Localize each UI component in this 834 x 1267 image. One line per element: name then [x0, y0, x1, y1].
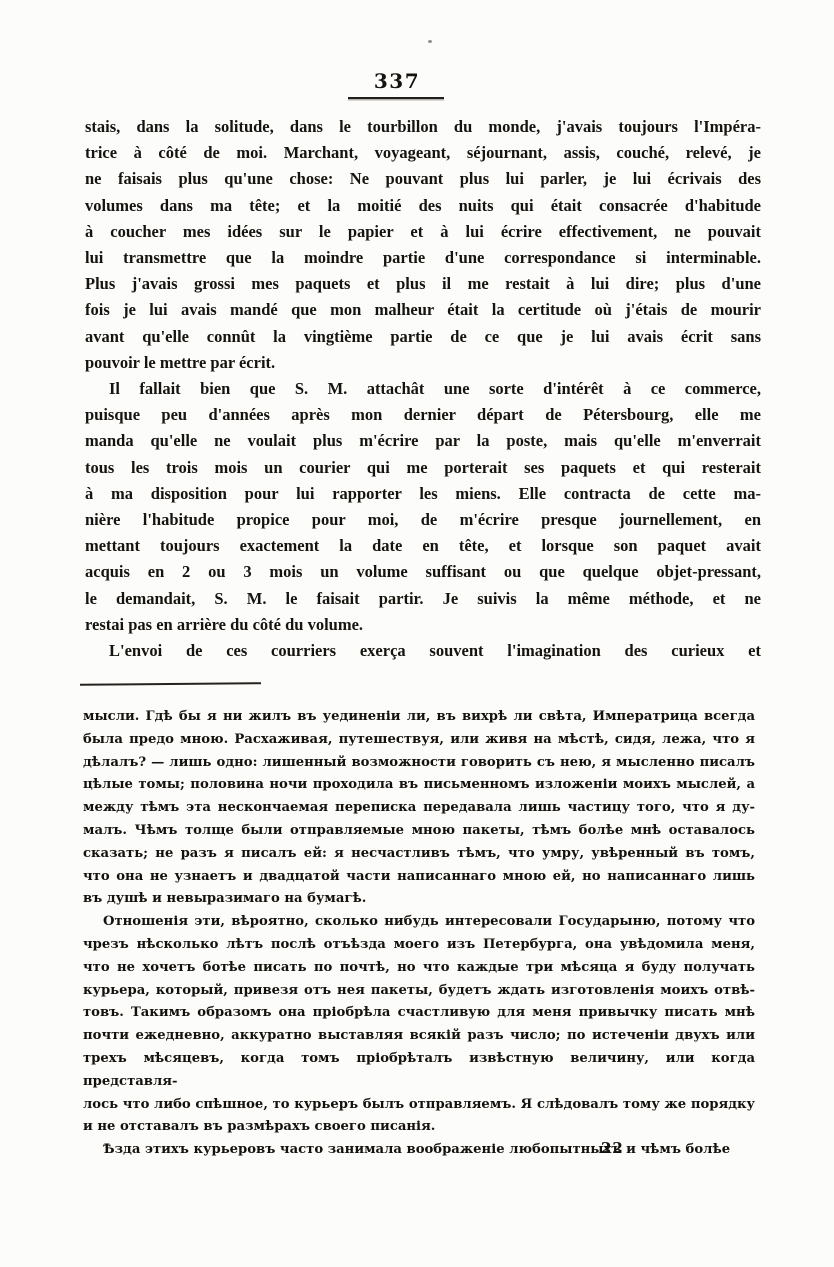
text-line: малъ. Чѣмъ толще были отправляемые мною … — [83, 820, 755, 843]
text-line: manda qu'elle ne voulait plus m'écrire p… — [85, 428, 761, 454]
text-line: между тѣмъ эта нескончаемая переписка пе… — [83, 797, 755, 820]
text-line: stais, dans la solitude, dans le tourbil… — [85, 114, 761, 140]
text-line: была предо мною. Расхаживая, путешествуя… — [83, 729, 755, 752]
text-line: въ душѣ и невыразимаго на бумагѣ. — [83, 888, 755, 911]
ink-speck — [428, 40, 432, 43]
book-page-scan: 337 stais, dans la solitude, dans le tou… — [0, 0, 834, 1267]
text-line: lui transmettre que la moindre partie d'… — [85, 245, 761, 271]
footnote-separator-rule — [80, 682, 261, 686]
text-line: ne faisais plus qu'une chose: Ne pouvant… — [85, 166, 761, 192]
text-line: дѣлалъ? — лишь одно: лишенный возможност… — [83, 752, 755, 775]
text-line: товъ. Такимъ образомъ она пріобрѣла счас… — [83, 1002, 755, 1025]
text-line: à ma disposition pour lui rapporter les … — [85, 481, 761, 507]
text-line: чрезъ нѣсколько лѣтъ послѣ отъѣзда моего… — [83, 934, 755, 957]
page-number: 337 — [350, 69, 444, 93]
text-line: мысли. Гдѣ бы я ни жилъ въ уединеніи ли,… — [83, 706, 755, 729]
text-line: и не отставалъ въ размѣрахъ своего писан… — [83, 1116, 755, 1139]
text-line: volumes dans ma tête; et la moitié des n… — [85, 193, 761, 219]
text-line: что она не узнаетъ и двадцатой части нап… — [83, 866, 755, 889]
text-line: à coucher mes idées sur le papier et à l… — [85, 219, 761, 245]
footnote-text: мысли. Гдѣ бы я ни жилъ въ уединеніи ли,… — [83, 706, 755, 1162]
text-line: трехъ мѣсяцевъ, когда томъ пріобрѣталъ и… — [83, 1048, 755, 1094]
text-line: trice à côté de moi. Marchant, voyageant… — [85, 140, 761, 166]
text-line: что не хочетъ ботѣе писать по почтѣ, но … — [83, 957, 755, 980]
text-line: лось что либо спѣшное, то курьеръ былъ о… — [83, 1094, 755, 1117]
text-line: puisque peu d'années après mon dernier d… — [85, 402, 761, 428]
text-line: курьера, который, привезя отъ нея пакеты… — [83, 980, 755, 1003]
text-line: fois je lui avais mandé que mon malheur … — [85, 297, 761, 323]
text-line: Il fallait bien que S. M. attachât une s… — [85, 376, 761, 402]
text-line: Отношенія эти, вѣроятно, сколько нибудь … — [83, 911, 755, 934]
text-line: Ѣзда этихъ курьеровъ часто занимала вооб… — [83, 1139, 755, 1162]
text-line: avant qu'elle connût la vingtième partie… — [85, 324, 761, 350]
text-line: L'envoi de ces courriers exerça souvent … — [85, 638, 761, 664]
text-line: tous les trois mois un courier qui me po… — [85, 455, 761, 481]
text-line: pouvoir le mettre par écrit. — [85, 350, 761, 376]
main-body-text: stais, dans la solitude, dans le tourbil… — [85, 114, 761, 664]
text-line: цѣлые томы; половина ночи проходила въ п… — [83, 774, 755, 797]
text-line: nière l'habitude propice pour moi, de m'… — [85, 507, 761, 533]
text-line: почти ежедневно, аккуратно выставляя вся… — [83, 1025, 755, 1048]
text-line: mettant toujours exactement la date en t… — [85, 533, 761, 559]
text-line: Plus j'avais grossi mes paquets et plus … — [85, 271, 761, 297]
page-number-rule — [348, 97, 444, 99]
text-line: restai pas en arrière du côté du volume. — [85, 612, 761, 638]
signature-number: 22 — [601, 1139, 624, 1157]
text-line: le demandait, S. M. le faisait partir. J… — [85, 586, 761, 612]
text-line: acquis en 2 ou 3 mois un volume suffisan… — [85, 559, 761, 585]
text-line: сказать; не разъ я писалъ ей: я несчастл… — [83, 843, 755, 866]
